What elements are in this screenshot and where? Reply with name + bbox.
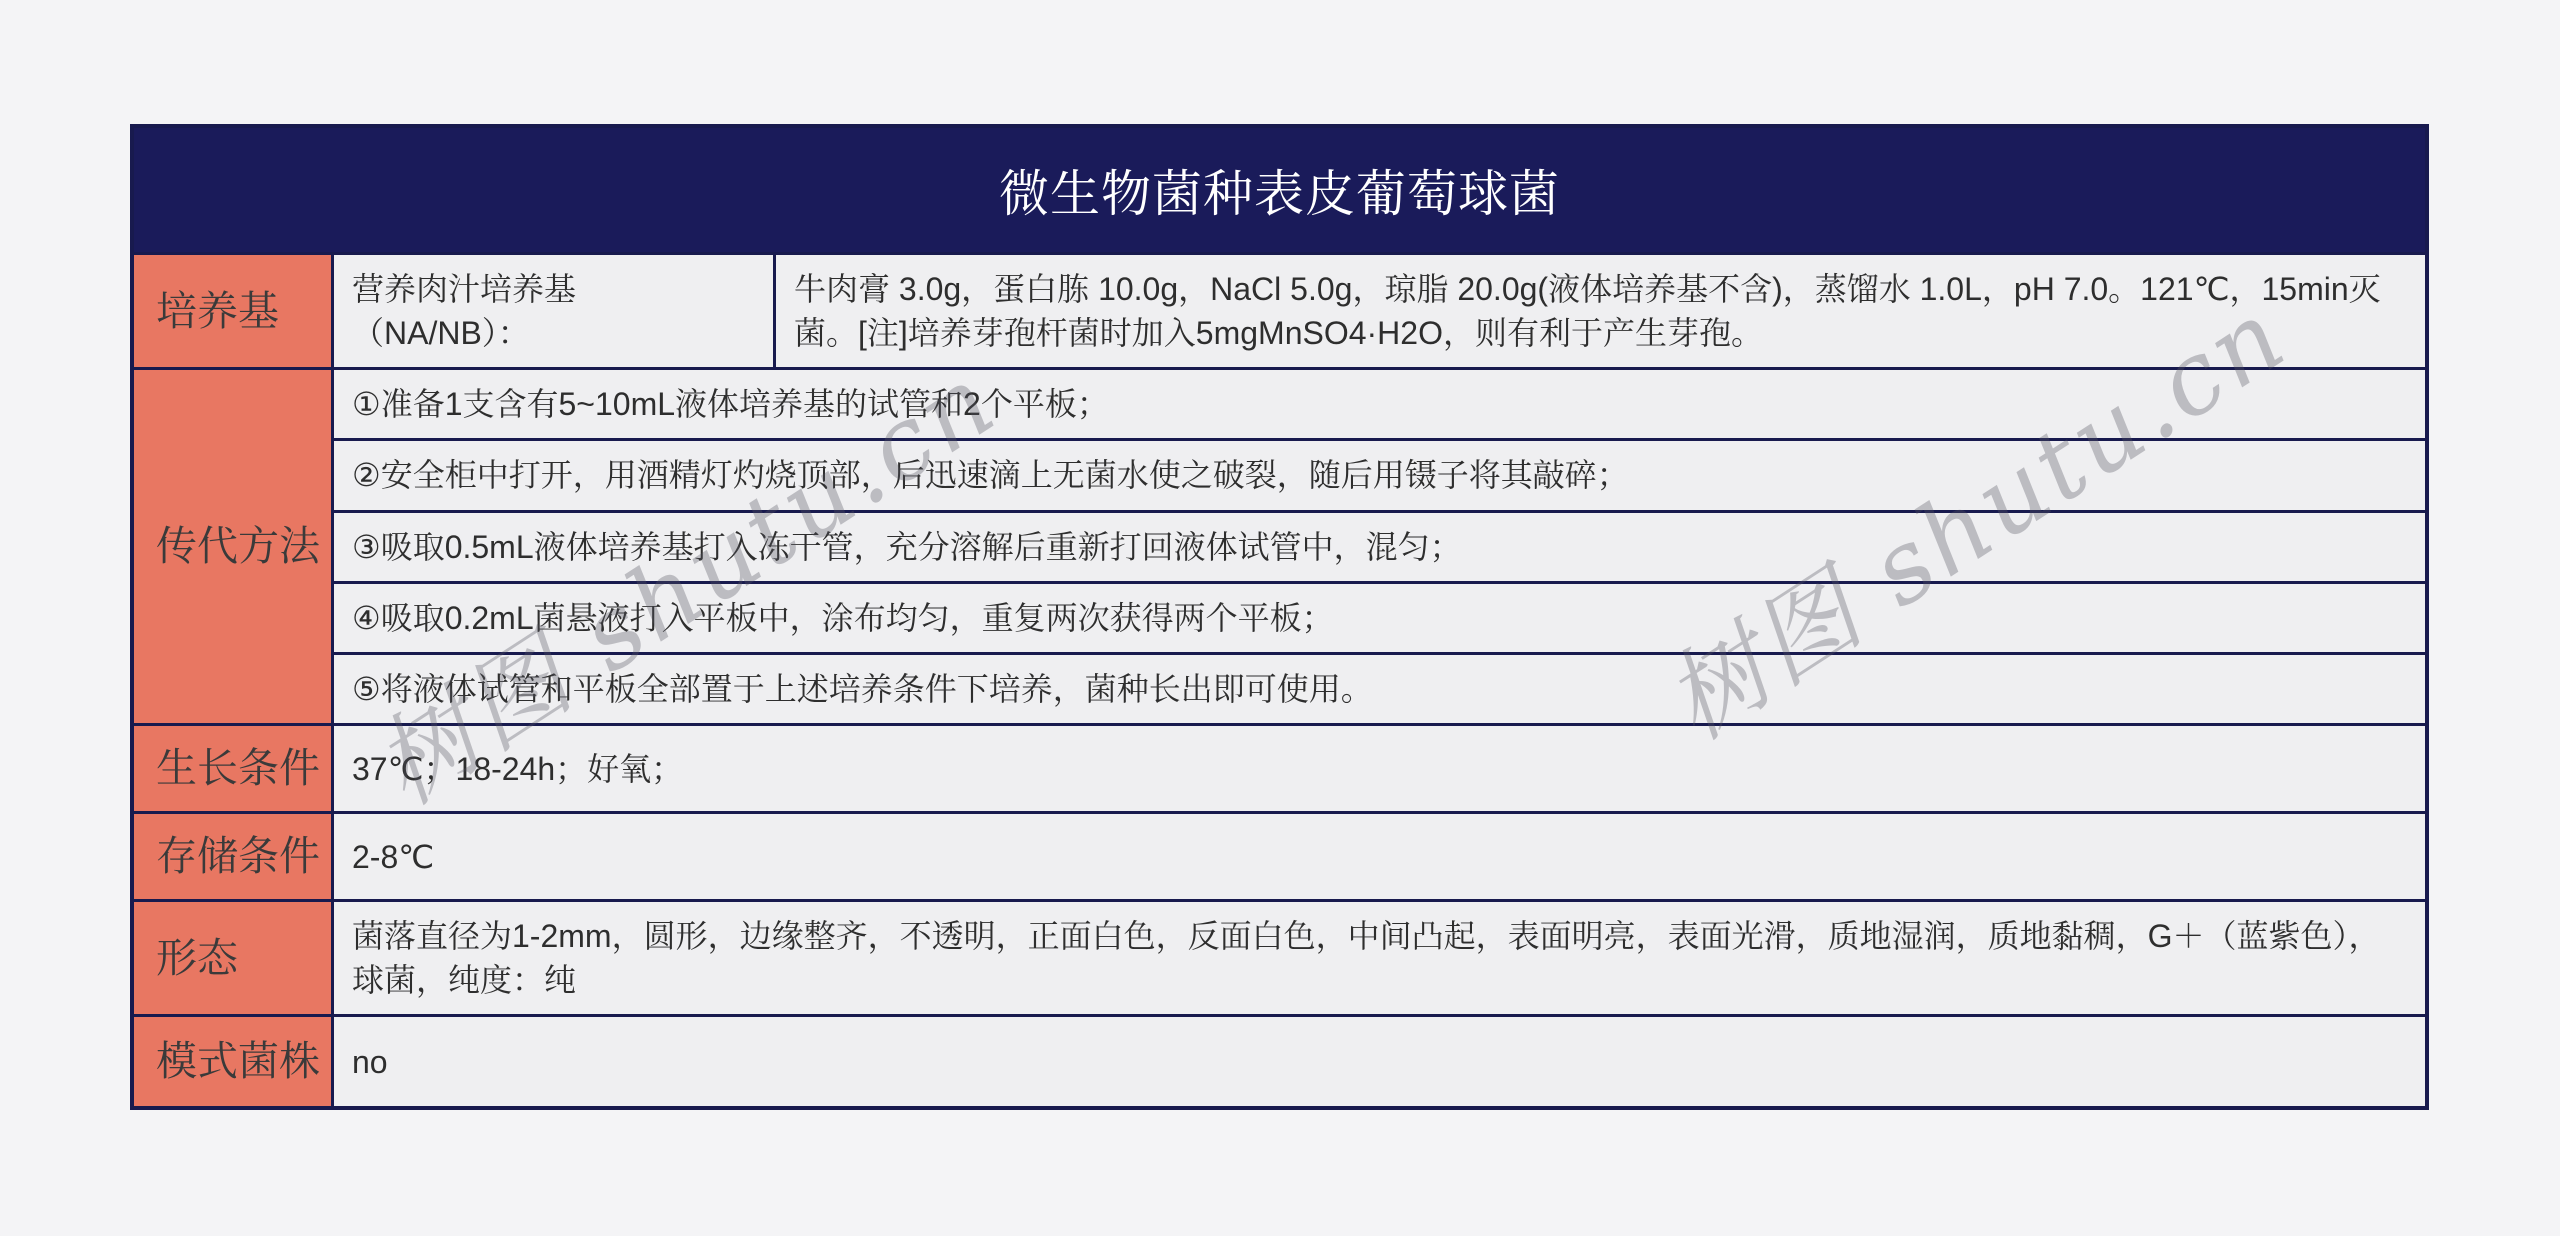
passage-step-1: ①准备1支含有5~10mL液体培养基的试管和2个平板； [334,370,2425,438]
row-label-type-strain: 模式菌株 [134,1017,334,1106]
row-label-medium: 培养基 [134,255,334,367]
row-label-morphology: 形态 [134,902,334,1014]
growth-conditions-cell: 37℃；18-24h；好氧； [334,726,2425,811]
page-title: 微生物菌种表皮葡萄球菌 [999,154,1560,226]
row-medium: 培养基 营养肉汁培养基（NA/NB）： 牛肉膏 3.0g，蛋白胨 10.0g，N… [134,252,2425,367]
medium-name-cell: 营养肉汁培养基（NA/NB）： [334,255,776,367]
storage-conditions-cell: 2-8℃ [334,814,2425,899]
morphology-cell: 菌落直径为1-2mm，圆形，边缘整齐，不透明，正面白色，反面白色，中间凸起，表面… [334,902,2425,1014]
row-storage-conditions: 存储条件 2-8℃ [134,811,2425,899]
row-passage-method: 传代方法 ①准备1支含有5~10mL液体培养基的试管和2个平板； ②安全柜中打开… [134,367,2425,723]
row-label-passage-method: 传代方法 [134,370,334,723]
medium-detail-cell: 牛肉膏 3.0g，蛋白胨 10.0g，NaCl 5.0g，琼脂 20.0g(液体… [776,255,2425,367]
passage-steps: ①准备1支含有5~10mL液体培养基的试管和2个平板； ②安全柜中打开，用酒精灯… [334,370,2425,723]
passage-step-4: ④吸取0.2mL菌悬液打入平板中，涂布均匀，重复两次获得两个平板； [334,581,2425,652]
row-label-growth-conditions: 生长条件 [134,726,334,811]
table-header: 微生物菌种表皮葡萄球菌 [134,128,2425,252]
row-morphology: 形态 菌落直径为1-2mm，圆形，边缘整齐，不透明，正面白色，反面白色，中间凸起… [134,899,2425,1014]
row-type-strain: 模式菌株 no [134,1014,2425,1106]
row-label-storage-conditions: 存储条件 [134,814,334,899]
passage-step-5: ⑤将液体试管和平板全部置于上述培养条件下培养，菌种长出即可使用。 [334,652,2425,723]
type-strain-cell: no [334,1017,2425,1106]
passage-step-3: ③吸取0.5mL液体培养基打入冻干管，充分溶解后重新打回液体试管中，混匀； [334,510,2425,581]
strain-info-table: 微生物菌种表皮葡萄球菌 培养基 营养肉汁培养基（NA/NB）： 牛肉膏 3.0g… [130,124,2429,1110]
row-growth-conditions: 生长条件 37℃；18-24h；好氧； [134,723,2425,811]
passage-step-2: ②安全柜中打开，用酒精灯灼烧顶部，后迅速滴上无菌水使之破裂，随后用镊子将其敲碎； [334,438,2425,509]
